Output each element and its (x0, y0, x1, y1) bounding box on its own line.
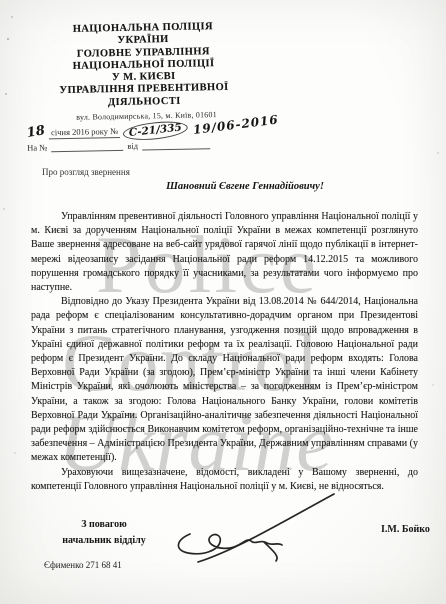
printed-date: січня 2016 року № (49, 126, 120, 139)
date-line: 18 січня 2016 року № С-21/335 19/06-2016 (27, 119, 321, 140)
signoff-respect: З повагою (44, 517, 164, 533)
vid-label: від (127, 141, 138, 151)
handwritten-day: 18 (26, 123, 46, 141)
org-name-block: НАЦІОНАЛЬНА ПОЛІЦІЯ УКРАЇНИ ГОЛОВНЕ УПРА… (37, 20, 251, 110)
signer-name: І.М. Бойко (381, 524, 430, 535)
letter-body: Управлінням превентивної діяльності Голо… (31, 210, 418, 494)
signoff-block: З повагою начальник відділу (44, 517, 164, 549)
scan-artifacts (0, 0, 2, 2)
blank-field (142, 140, 210, 150)
salutation: Шановний Євгене Геннадійовичу! (108, 181, 382, 192)
subject-line: Про розгляд звернення (42, 167, 130, 177)
paragraph: Управлінням превентивної діяльності Голо… (31, 210, 418, 295)
executor-contact: Єфименко 271 68 41 (44, 560, 122, 570)
letterhead: НАЦІОНАЛЬНА ПОЛІЦІЯ УКРАЇНИ ГОЛОВНЕ УПРА… (19, 19, 321, 153)
paragraph: Відповідно до Указу Президента України в… (31, 295, 418, 465)
na-label: На № (27, 142, 47, 152)
reference-line: На №від (27, 137, 321, 153)
signature (168, 490, 346, 570)
scanned-letter-page: Police Control Ukraine НАЦІОНАЛЬНА ПОЛІЦ… (0, 0, 446, 604)
blank-field (51, 142, 123, 152)
signoff-position: начальник відділу (44, 533, 164, 549)
